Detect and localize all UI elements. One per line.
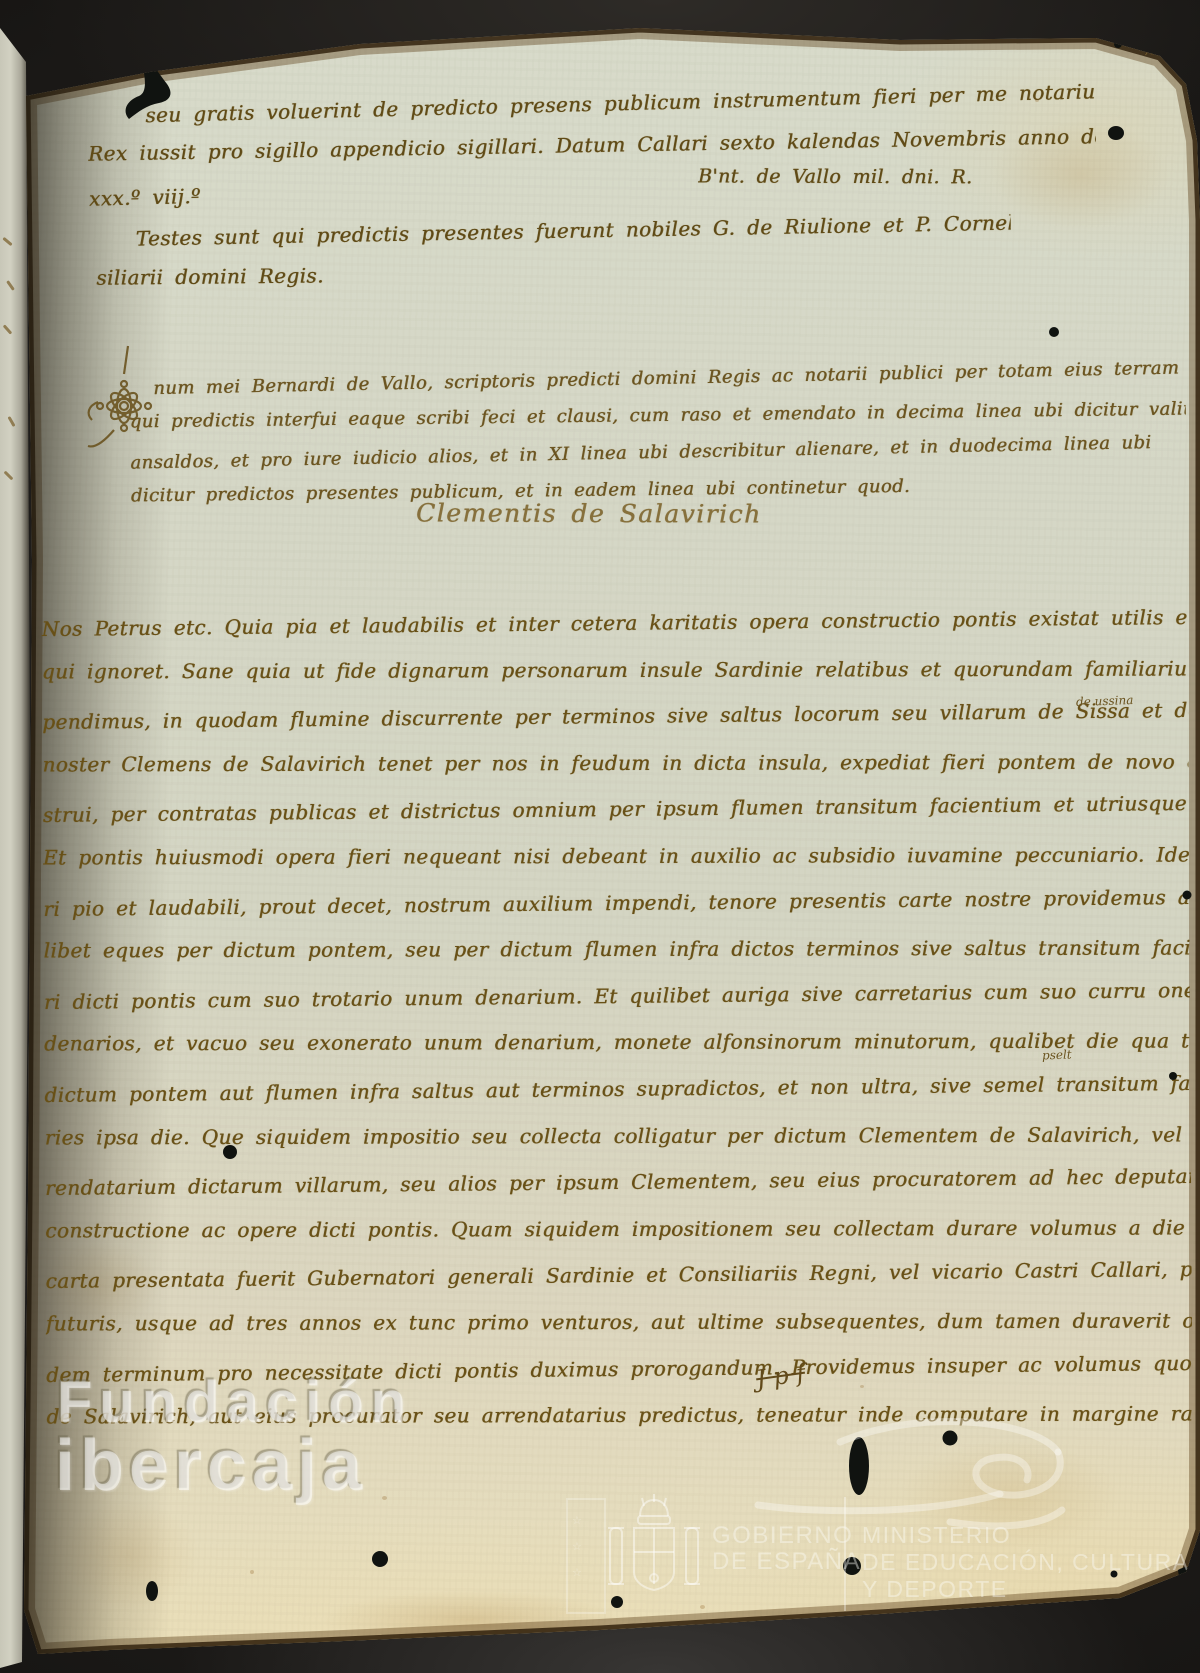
manuscript-line: dem terminum pro necessitate dicti ponti…	[46, 1339, 1192, 1398]
manuscript-scan: xxxvj seu gratis voluerint de predicto p…	[0, 0, 1200, 1673]
manuscript-line: Et pontis huiusmodi opera fieri nequeant…	[43, 831, 1189, 881]
watermark-divider	[844, 1497, 846, 1611]
foxing-spot	[250, 1570, 254, 1574]
manuscript-line: strui, per contratas publicas et distric…	[43, 780, 1189, 839]
manuscript-line: qui ignoret. Sane quia ut fide dignarum …	[42, 645, 1188, 695]
rubric-heading: Clementis de Salavirich	[416, 498, 762, 528]
manuscript-line: libet eques per dictum pontem, seu per d…	[44, 925, 1190, 975]
manuscript-line: rendatarium dictarum villarum, seu alios…	[45, 1153, 1191, 1212]
manuscript-line: futuris, usque ad tres annos ex tunc pri…	[46, 1297, 1192, 1347]
folio-number: xxxvj	[1143, 33, 1196, 60]
foxing-spot	[382, 1496, 387, 1500]
manuscript-line: dictum pontem aut flumen infra saltus au…	[44, 1060, 1190, 1119]
manuscript-line: noster Clemens de Salavirich tenet per n…	[42, 738, 1188, 788]
ink-mark	[2, 237, 12, 246]
ink-mark	[7, 416, 15, 427]
manuscript-line: denarios, et vacuo seu exonerato unum de…	[44, 1018, 1190, 1068]
main-text-block: Nos Petrus etc. Quia pia et laudabilis e…	[41, 597, 1192, 1443]
manuscript-line: carta presentata fuerit Gubernatori gene…	[45, 1246, 1191, 1305]
notary-subscription: B'nt. de Vallo mil. dni. R.	[698, 165, 1028, 188]
witness-block: Testes sunt qui predictis presentes fuer…	[95, 204, 1011, 301]
ink-mark	[6, 280, 15, 291]
manuscript-line: Nos Petrus etc. Quia pia et laudabilis e…	[41, 594, 1187, 653]
logo-flag-bar	[566, 1498, 606, 1614]
closing-protocol-block: seu gratis voluerint de predicto presens…	[87, 73, 1097, 217]
ink-mark	[4, 471, 14, 481]
interlinear-note: pselt	[1042, 1047, 1072, 1062]
manuscript-line: pendimus, in quodam flumine discurrente …	[42, 687, 1188, 746]
ink-mark	[3, 324, 13, 334]
manuscript-line: ries ipsa die. Que siquidem impositio se…	[45, 1111, 1191, 1161]
manuscript-line: ri pio et laudabili, prout decet, nostru…	[43, 874, 1189, 933]
manuscript-line: constructione ac opere dicti pontis. Qua…	[45, 1204, 1191, 1254]
interlinear-note: de ussina	[1076, 693, 1134, 709]
signum-clause-block: num mei Bernardi de Vallo, scriptoris pr…	[129, 352, 1187, 517]
manuscript-line: ri dicti pontis cum suo trotario unum de…	[44, 967, 1190, 1026]
foxing-spot	[700, 1605, 705, 1609]
manuscript-page: xxxvj seu gratis voluerint de predicto p…	[0, 0, 1200, 1673]
manuscript-line: de Salavirich, aut eius procurator seu a…	[46, 1391, 1192, 1441]
previous-page-edge	[0, 22, 30, 1668]
